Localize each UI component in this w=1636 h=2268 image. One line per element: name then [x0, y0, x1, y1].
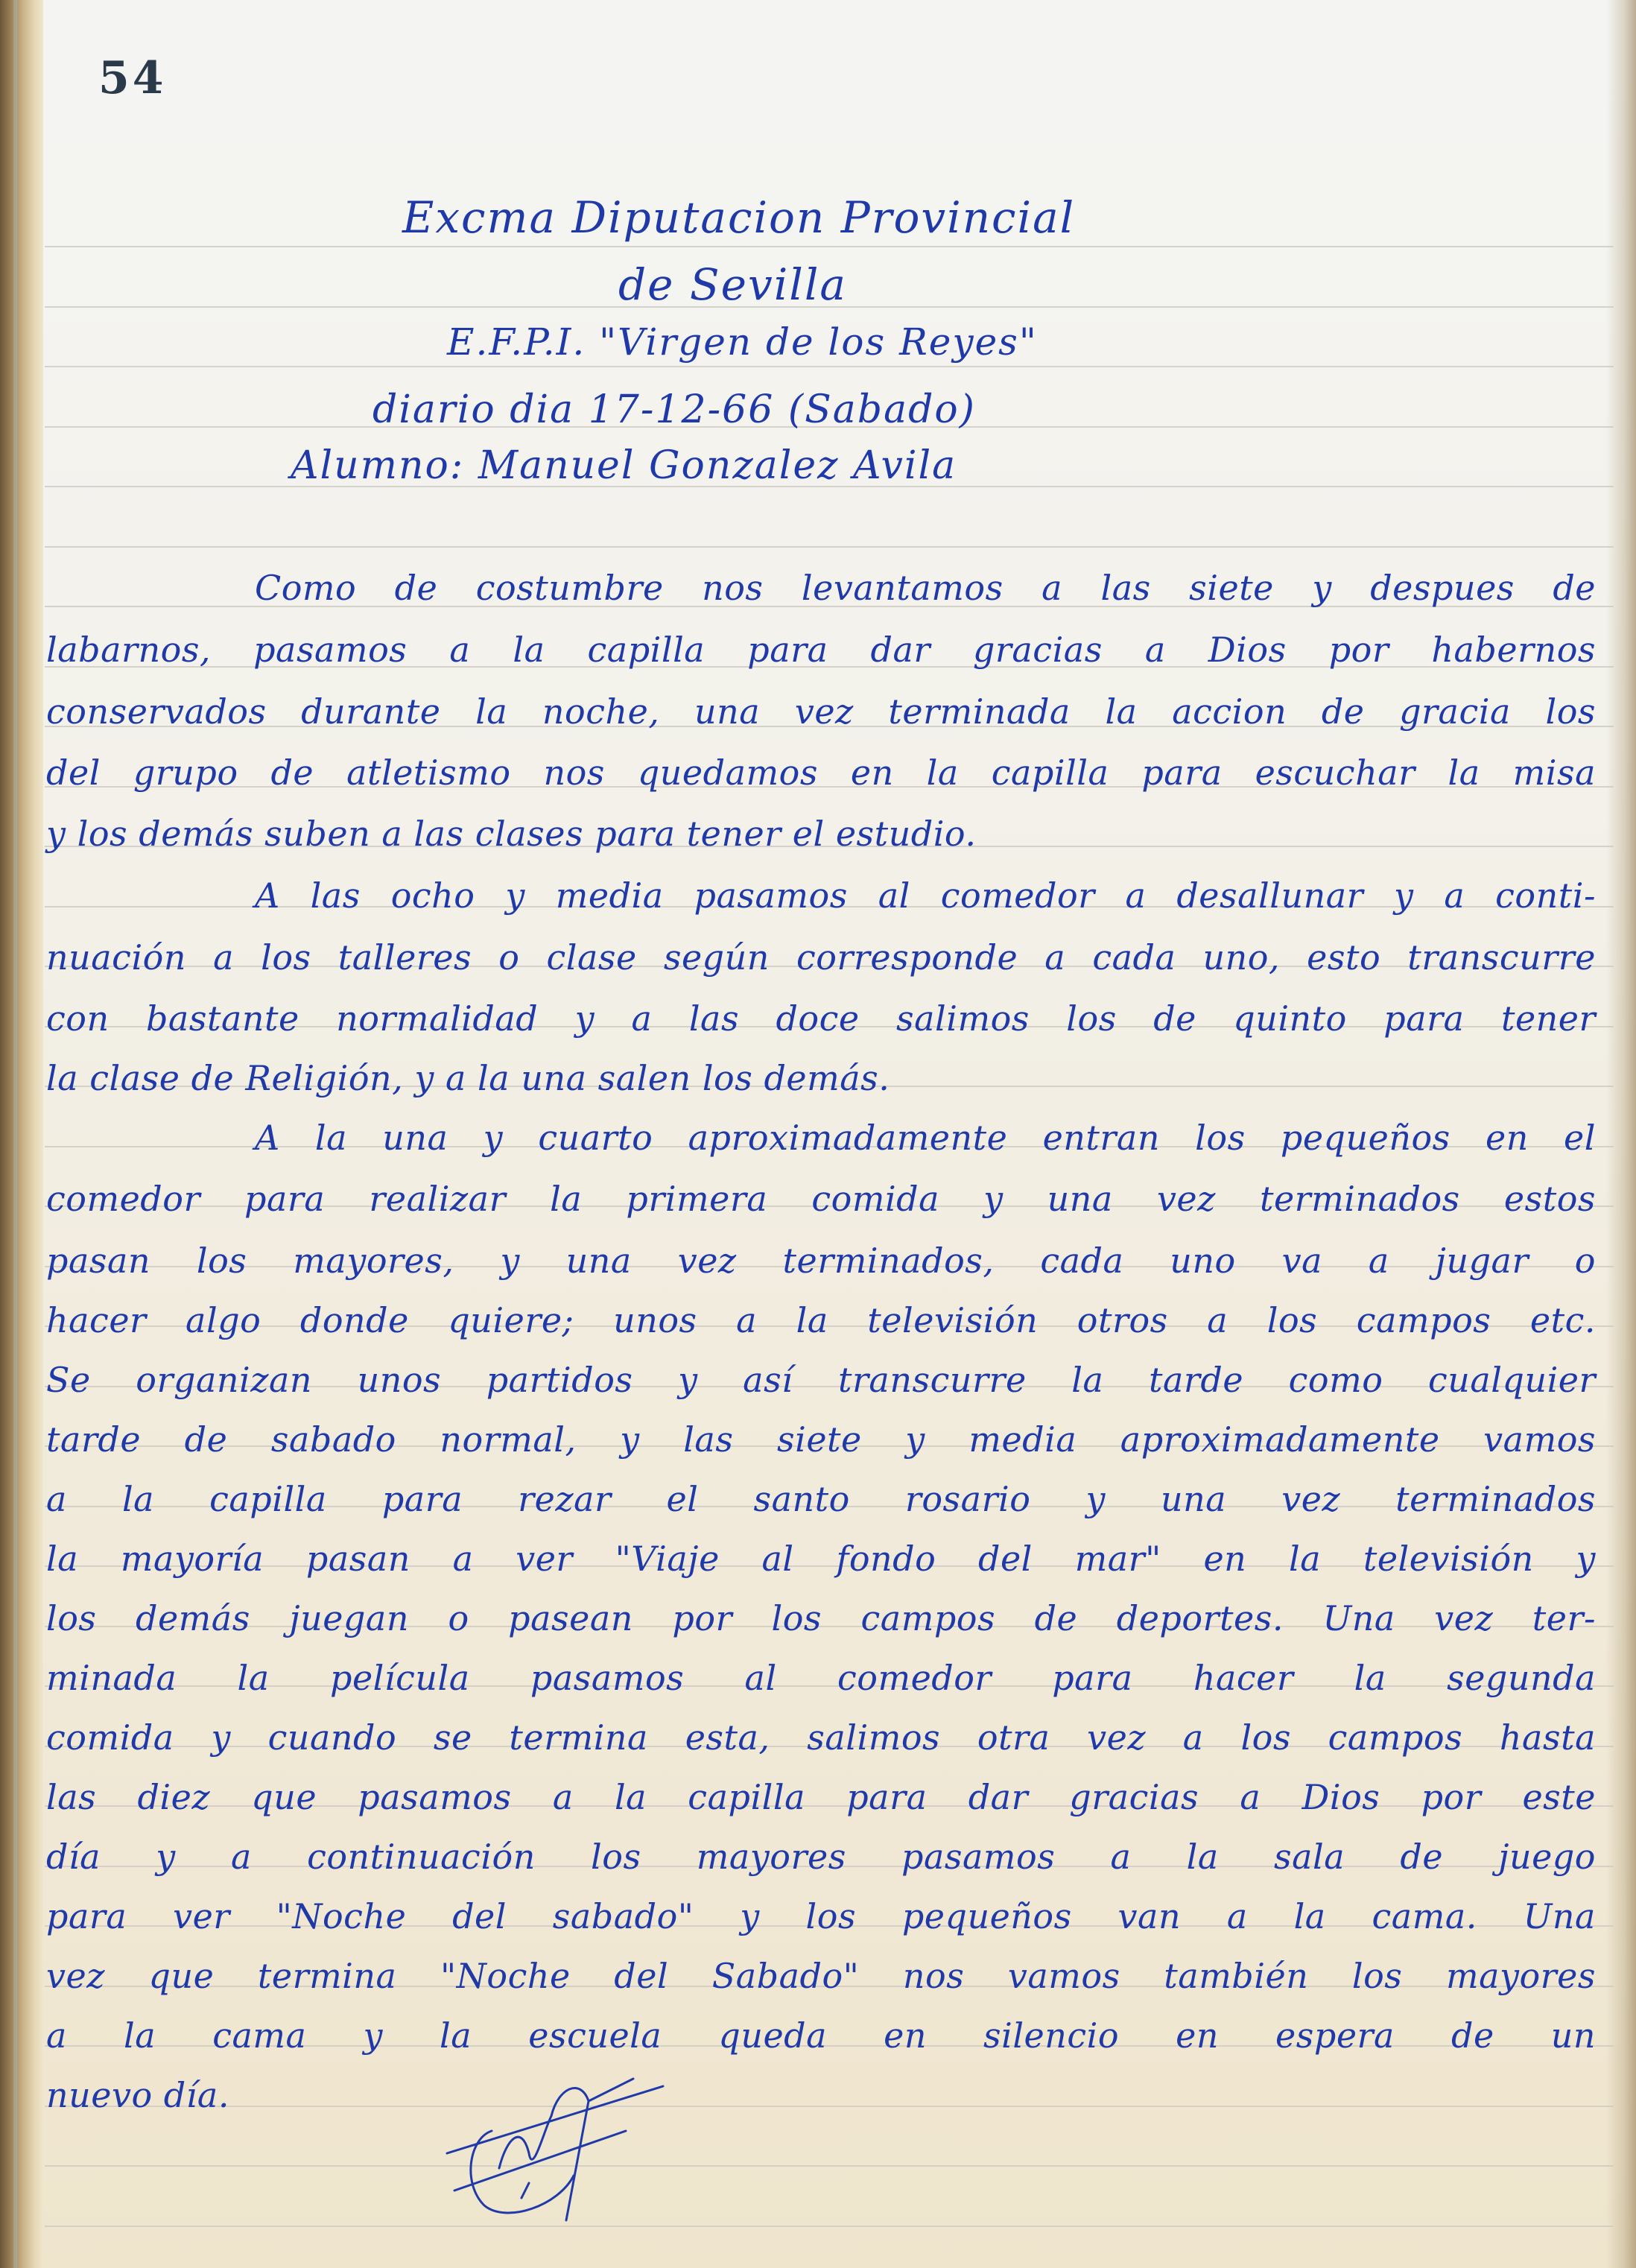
- header-institution: Excma Diputacion Provincial: [402, 192, 1075, 243]
- text-line: conservados durante la noche, una vez te…: [46, 691, 1596, 732]
- text-line: a la cama y la escuela queda en silencio…: [46, 2015, 1596, 2056]
- text-line: tarde de sabado normal, y las siete y me…: [46, 1419, 1596, 1460]
- text-line: A la una y cuarto aproximadamente entran…: [46, 1118, 1596, 1158]
- text-line: nuevo día.: [46, 2075, 1596, 2115]
- ruled-line: [45, 546, 1614, 548]
- notebook-binding: [0, 0, 43, 2268]
- text-line: a la capilla para rezar el santo rosario…: [46, 1479, 1596, 1519]
- page-edge-shadow: [1606, 0, 1636, 2268]
- text-line: pasan los mayores, y una vez terminados,…: [46, 1241, 1596, 1281]
- text-line: vez que termina "Noche del Sabado" nos v…: [46, 1956, 1596, 1996]
- text-line: hacer algo donde quiere; unos a la telev…: [46, 1300, 1596, 1340]
- text-line: día y a continuación los mayores pasamos…: [46, 1837, 1596, 1877]
- text-line: para ver "Noche del sabado" y los pequeñ…: [46, 1896, 1596, 1936]
- page-number: 54: [98, 52, 167, 104]
- text-line: los demás juegan o pasean por los campos…: [46, 1598, 1596, 1638]
- text-line: comedor para realizar la primera comida …: [46, 1179, 1596, 1219]
- header-student: Alumno: Manuel Gonzalez Avila: [291, 443, 957, 488]
- text-line: del grupo de atletismo nos quedamos en l…: [46, 753, 1596, 793]
- text-line: minada la película pasamos al comedor pa…: [46, 1658, 1596, 1698]
- header-date: diario dia 17-12-66 (Sabado): [372, 387, 976, 432]
- text-line: nuación a los talleres o clase según cor…: [46, 937, 1596, 978]
- text-line: Como de costumbre nos levantamos a las s…: [46, 568, 1596, 608]
- ruled-line: [45, 2165, 1614, 2167]
- text-line: la clase de Religión, y a la una salen l…: [46, 1058, 1596, 1098]
- text-line: comida y cuando se termina esta, salimos…: [46, 1717, 1596, 1758]
- notebook-page: 54 Excma Diputacion Provincial de Sevill…: [0, 0, 1636, 2268]
- text-line: la mayoría pasan a ver "Viaje al fondo d…: [46, 1539, 1596, 1579]
- text-line: las diez que pasamos a la capilla para d…: [46, 1777, 1596, 1817]
- text-line: Se organizan unos partidos y así transcu…: [46, 1360, 1596, 1400]
- text-line: con bastante normalidad y a las doce sal…: [46, 998, 1596, 1039]
- header-city: de Sevilla: [618, 259, 847, 310]
- text-line: A las ocho y media pasamos al comedor a …: [46, 875, 1596, 916]
- ruled-line: [45, 246, 1614, 247]
- text-line: y los demás suben a las clases para tene…: [46, 814, 1596, 854]
- header-school: E.F.P.I. "Virgen de los Reyes": [447, 320, 1038, 364]
- signature-icon: [440, 2064, 708, 2228]
- ruled-line: [45, 2226, 1614, 2227]
- text-line: labarnos, pasamos a la capilla para dar …: [46, 630, 1596, 670]
- ruled-line: [45, 366, 1614, 367]
